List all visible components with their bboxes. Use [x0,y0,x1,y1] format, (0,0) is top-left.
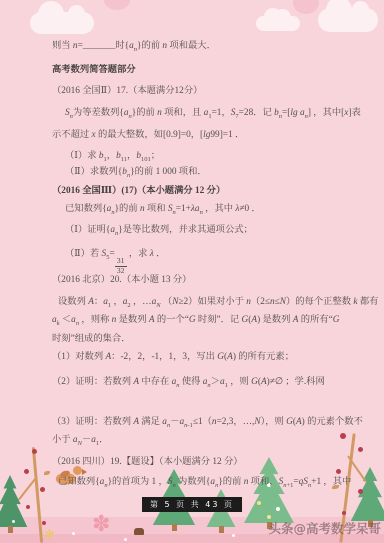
doc-line: （2）证明：若数列 A 中存在 an 使得 an＞a1 ，则 G(A)≠∅ ；学… [52,372,368,393]
subscript: n [207,382,210,389]
doc-line: （Ⅰ）证明{an}是等比数列，并求其通项公式； [52,220,368,241]
subscript: 1 [208,113,211,120]
cloud-icon [256,16,300,31]
cloud-icon [318,8,378,32]
subscript: N [156,302,160,309]
subscript: n [167,422,170,429]
subscript: n-1 [184,422,193,429]
doc-line: 小于 aN－a1． [52,430,368,451]
doc-line: ak ＜an ，则称 n 是数列 A 的一个“G 时刻”．记 G(A) 是数列 … [52,310,368,331]
pink-bump-icon [104,0,130,10]
subscript: n [111,209,114,216]
doc-line: （2016 北京）20.（本小题 13 分） [52,270,368,291]
snow-dot-icon [124,538,127,541]
doc-line: （2016 四川）19.【题设】（本小题满分 12 分） [52,452,368,473]
doc-line: 则当 n=_______时{an}的前 n 项和最大． [52,36,368,57]
cake-icon [134,528,144,535]
snow-dot-icon [12,520,15,523]
doc-line: （Ⅱ）若 S5=3132 ，求 λ ． [52,244,368,265]
watermark: 头条@高考数学呆哥 [268,519,381,537]
subscript: n [173,209,176,216]
subscript: n [200,209,203,216]
subscript: 2 [127,302,130,309]
subscript: n [70,113,73,120]
subscript: n [308,482,311,489]
subscript: 7 [235,113,238,120]
subscript: n [115,230,118,237]
subscript: n [127,172,130,179]
pink-bump-icon [293,0,319,14]
subscript: 1 [108,302,111,309]
doc-line: 已知数列{an}的首项为 1 ，Sn 为数列{an}的前 n 项和，Sn+1=q… [52,472,368,493]
subscript: n [129,113,132,120]
subscript: N [78,440,82,447]
snow-dot-icon [232,534,235,537]
doc-line: （1）对数列 A：-2，2，-1，1，3，写出 G(A) 的所有元素； [52,347,368,368]
page-number-badge: 第 5 页 共 43 页 [142,497,242,512]
subscript: n+1 [283,482,293,489]
subscript: n [172,482,175,489]
subscript: n [134,46,137,53]
doc-line: Sn为等差数列{an}的前 n 项和，且 a1=1，S7=28．记 bn=[lg… [52,103,368,124]
snow-dot-icon [72,532,75,535]
doc-lines: 则当 n=_______时{an}的前 n 项和最大．高考数列简答题部分（201… [52,36,368,493]
subscript: n [279,113,282,120]
page: ✽ ✼ 则当 n=_______时{an}的前 n 项和最大．高考数列简答题部分… [0,0,384,543]
doc-line: 示不超过 x 的最大整数，如[0.9]=0，[lg99]=1 ． [52,125,368,146]
doc-line: 高考数列简答题部分 [52,60,368,81]
yellow-flower-icon: ✼ [44,528,55,541]
subscript: 1 [96,440,99,447]
pink-flower-icon: ✽ [92,513,110,535]
subscript: k [57,320,60,327]
subscript: n [76,320,79,327]
doc-line: （2016 全国Ⅱ）17.（本题满分12分） [52,81,368,102]
document-page: 则当 n=_______时{an}的前 n 项和最大．高考数列简答题部分（201… [52,36,368,493]
doc-line: （Ⅱ）求数列{bn}的前 1 000 项和． [52,162,368,183]
cloud-icon [30,12,94,34]
subscript: 5 [106,254,109,261]
subscript: n [176,382,179,389]
subscript: n [305,113,308,120]
subscript: n [215,482,218,489]
subscript: 1 [225,382,228,389]
doc-line: 已知数列{an}的前 n 项和 Sn=1+λan ，其中 λ≠0 ． [52,199,368,220]
subscript: n [104,482,107,489]
